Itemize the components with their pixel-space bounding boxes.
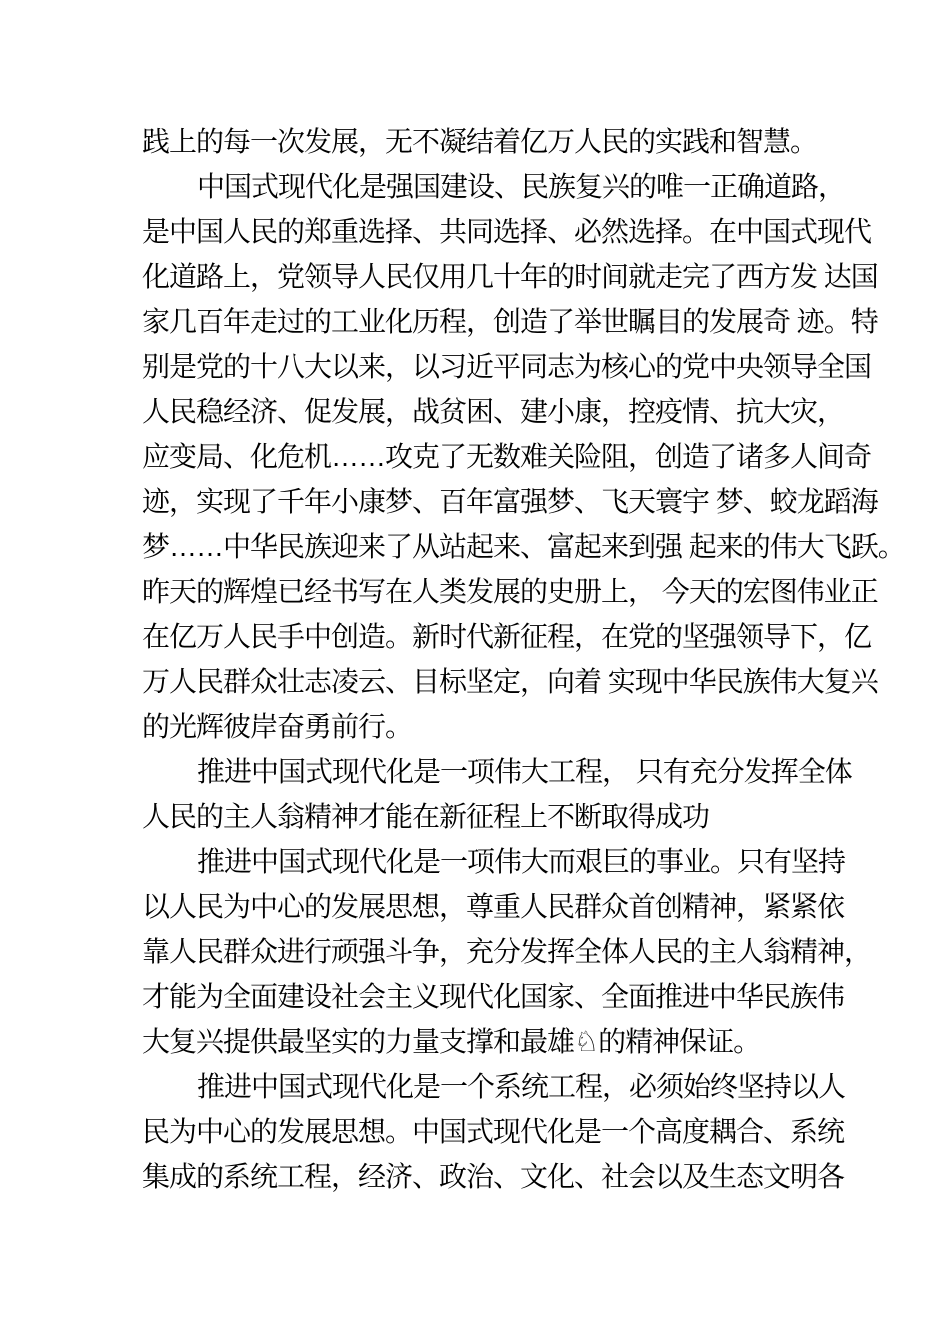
text-line: 人民稳经济、促发展，战贫困、建小康，控疫情、抗大灾，	[142, 389, 887, 434]
text-line: 集成的系统工程，经济、政治、文化、社会以及生态文明各	[142, 1154, 887, 1199]
text-line: 化道路上，党领导人民仅用几十年的时间就走完了西方发 达国	[142, 254, 887, 299]
text-line: 应变局、化危机……攻克了无数难关险阻，创造了诸多人间奇	[142, 434, 887, 479]
text-line: 推进中国式现代化是一项伟大工程， 只有充分发挥全体	[142, 749, 887, 794]
document-body: 践上的每一次发展，无不凝结着亿万人民的实践和智慧。中国式现代化是强国建设、民族复…	[142, 119, 887, 1199]
text-line: 家几百年走过的工业化历程，创造了举世瞩目的发展奇 迹。特	[142, 299, 887, 344]
text-line: 民为中心的发展思想。中国式现代化是一个高度耦合、系统	[142, 1109, 887, 1154]
text-line: 昨天的辉煌已经书写在人类发展的史册上， 今天的宏图伟业正	[142, 569, 887, 614]
text-line: 梦……中华民族迎来了从站起来、富起来到强 起来的伟大飞跃。	[142, 524, 887, 569]
text-line: 万人民群众壮志凌云、目标坚定，向着 实现中华民族伟大复兴	[142, 659, 887, 704]
document-page: 践上的每一次发展，无不凝结着亿万人民的实践和智慧。中国式现代化是强国建设、民族复…	[0, 0, 950, 1344]
text-line: 是中国人民的郑重选择、共同选择、必然选择。在中国式现代	[142, 209, 887, 254]
text-line: 才能为全面建设社会主义现代化国家、全面推进中华民族伟	[142, 974, 887, 1019]
text-line: 在亿万人民手中创造。新时代新征程，在党的坚强领导下，亿	[142, 614, 887, 659]
text-line: 推进中国式现代化是一个系统工程，必须始终坚持以人	[142, 1064, 887, 1109]
text-line: 推进中国式现代化是一项伟大而艰巨的事业。只有坚持	[142, 839, 887, 884]
text-line: 靠人民群众进行顽强斗争，充分发挥全体人民的主人翁精神，	[142, 929, 887, 974]
text-line: 的光辉彼岸奋勇前行。	[142, 704, 887, 749]
text-line: 迹，实现了千年小康梦、百年富强梦、飞天寰宇 梦、蛟龙蹈海	[142, 479, 887, 524]
text-line: 以人民为中心的发展思想，尊重人民群众首创精神，紧紧依	[142, 884, 887, 929]
text-line: 中国式现代化是强国建设、民族复兴的唯一正确道路，	[142, 164, 887, 209]
text-line: 人民的主人翁精神才能在新征程上不断取得成功	[142, 794, 887, 839]
text-line: 大复兴提供最坚实的力量支撑和最雄♘的精神保证。	[142, 1019, 887, 1064]
text-line: 别是党的十八大以来，以习近平同志为核心的党中央领导全国	[142, 344, 887, 389]
text-line: 践上的每一次发展，无不凝结着亿万人民的实践和智慧。	[142, 119, 887, 164]
